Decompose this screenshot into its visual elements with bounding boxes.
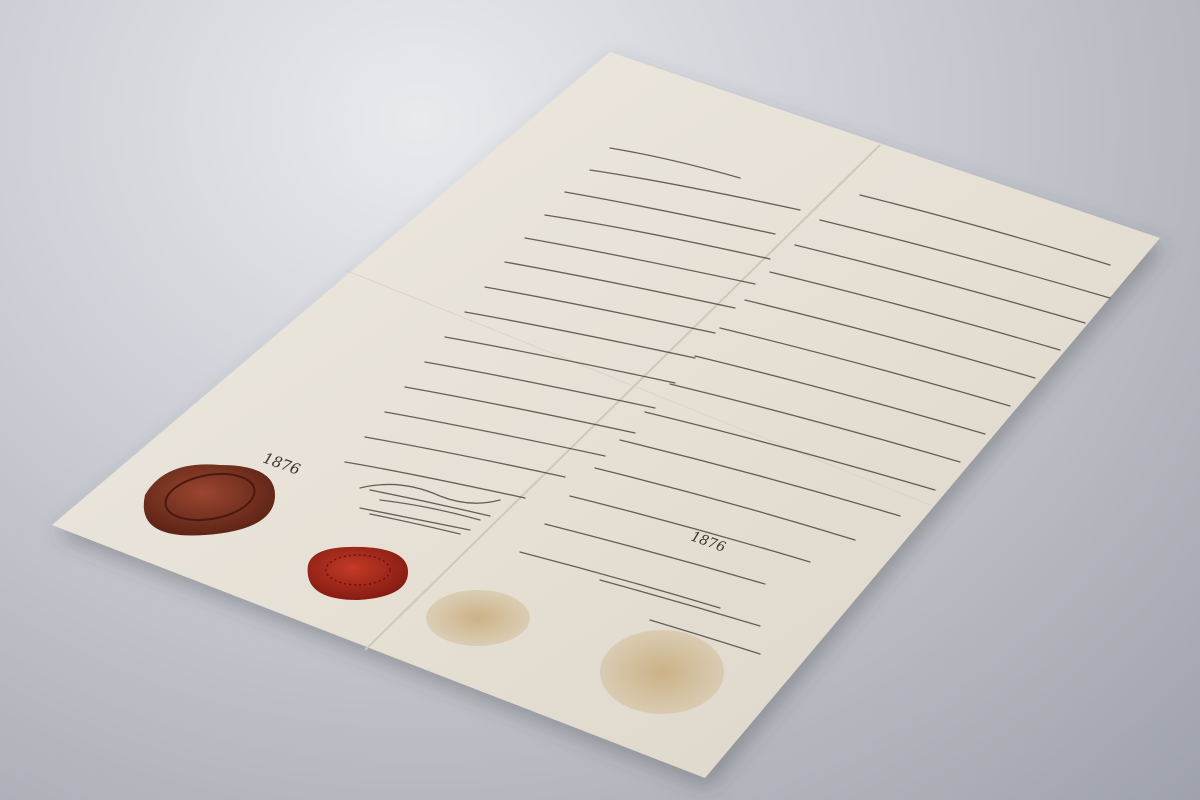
stain-left (426, 590, 530, 646)
stain-right (600, 630, 724, 714)
small-red-wax-seal (308, 547, 408, 600)
document-photo: 1876 1876 (0, 0, 1200, 800)
photo-scene: 1876 1876 (0, 0, 1200, 800)
